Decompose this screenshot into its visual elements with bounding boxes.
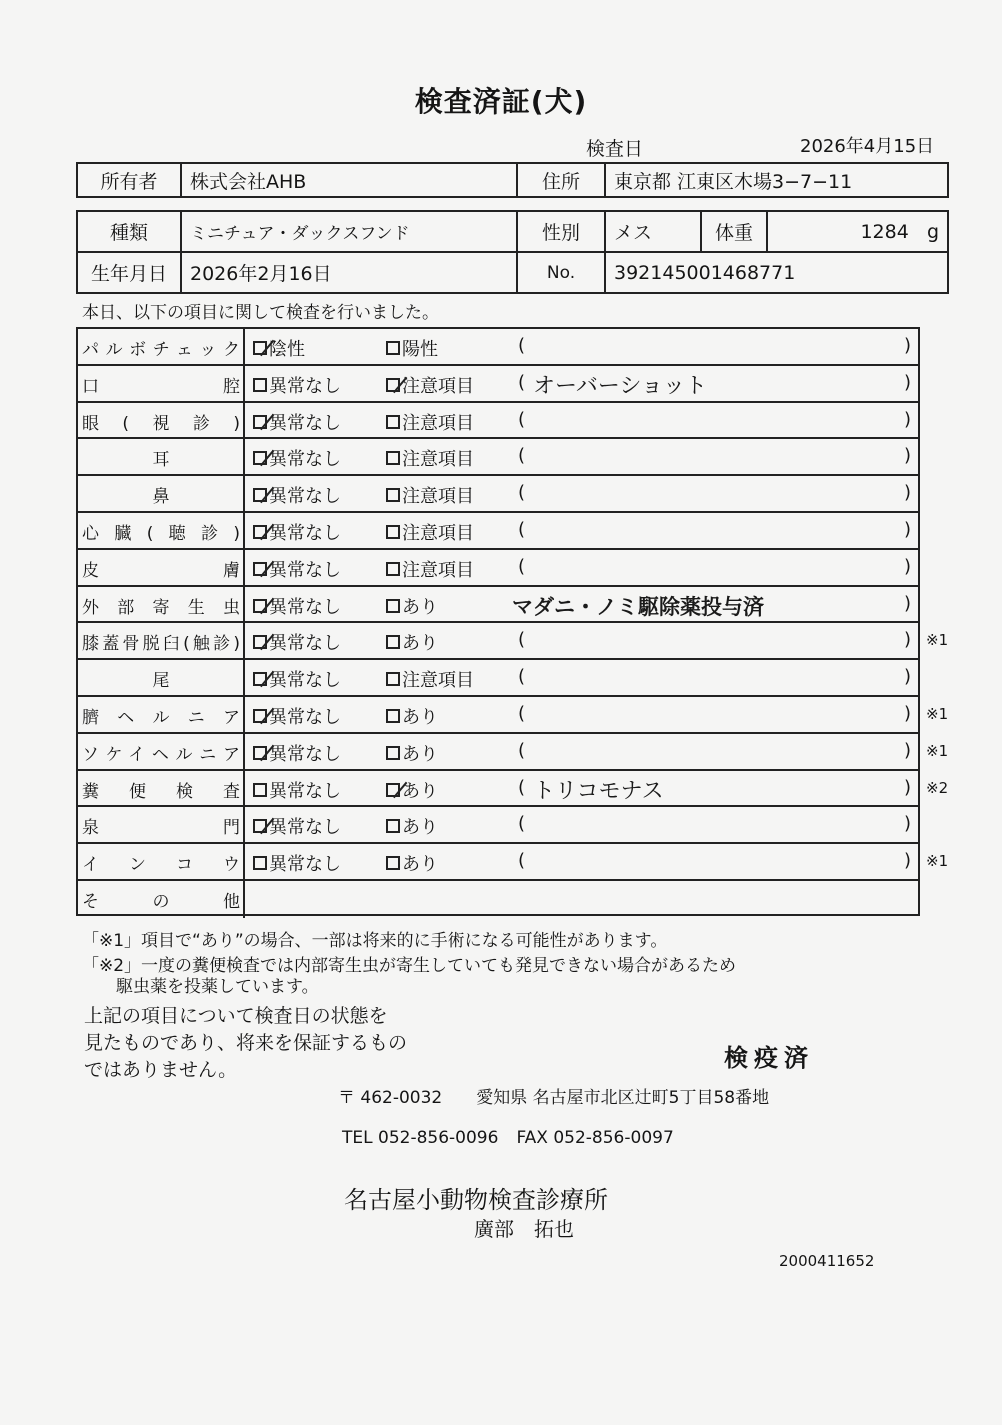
option-finding[interactable]: あり	[386, 850, 438, 876]
row-label: 尾	[82, 666, 240, 691]
paren-open: (	[518, 445, 525, 466]
paren-close: )	[904, 666, 911, 687]
column-divider	[243, 550, 245, 585]
paren-close: )	[904, 519, 911, 540]
checkbox-icon[interactable]	[253, 672, 267, 686]
paren-close: )	[904, 777, 911, 798]
quarantine-stamp: 検疫済	[724, 1038, 814, 1073]
inspection-row: 臍ヘルニア異常なしあり()	[78, 697, 918, 734]
option-label: 異常なし	[269, 482, 341, 508]
option-normal[interactable]: 陰性	[253, 335, 305, 361]
column-divider	[243, 697, 245, 732]
row-label: 泉門	[82, 813, 240, 838]
option-label: 注意項目	[402, 519, 474, 545]
owner-value: 株式会社AHB	[181, 163, 517, 197]
paren-open: (	[518, 666, 525, 687]
column-divider	[243, 366, 245, 401]
row-label: その他	[82, 887, 240, 912]
checkbox-icon[interactable]	[253, 856, 267, 870]
clinic-fax: FAX 052-856-0097	[516, 1128, 673, 1148]
sex-value: メス	[605, 211, 701, 252]
weight-cell: 1284 g	[767, 211, 948, 252]
checkbox-icon[interactable]	[253, 819, 267, 833]
column-divider	[243, 587, 245, 622]
option-finding[interactable]: あり	[386, 813, 438, 839]
column-divider	[243, 476, 245, 511]
checkbox-icon[interactable]	[386, 856, 400, 870]
row-label: 口腔	[82, 372, 240, 397]
option-label: あり	[402, 629, 438, 655]
checkbox-icon[interactable]	[253, 709, 267, 723]
paren-open: (	[518, 850, 525, 871]
checkbox-icon[interactable]	[253, 451, 267, 465]
option-normal[interactable]: 異常なし	[253, 482, 341, 508]
column-divider	[243, 329, 245, 364]
paren-close: )	[904, 556, 911, 577]
checkbox-icon[interactable]	[386, 488, 400, 502]
paren-close: )	[904, 813, 911, 834]
inspection-date-label: 検査日	[586, 134, 643, 161]
column-divider	[243, 660, 245, 695]
checkbox-icon[interactable]	[253, 341, 267, 355]
doctor-name: 廣部 拓也	[474, 1213, 574, 1242]
option-normal[interactable]: 異常なし	[253, 519, 341, 545]
footnote-mark: ※2	[926, 779, 948, 797]
option-label: 異常なし	[269, 813, 341, 839]
column-divider	[243, 734, 245, 769]
row-label: 耳	[82, 445, 240, 470]
inspection-row: 糞便検査異常なしあり()トリコモナス	[78, 771, 918, 808]
paren-open: (	[518, 777, 525, 798]
option-normal[interactable]: 異常なし	[253, 445, 341, 471]
option-label: 異常なし	[269, 593, 341, 619]
disclaimer-text: 上記の項目について検査日の状態を 見たものであり、将来を保証するもの ではありま…	[84, 1003, 407, 1084]
no-label: No.	[517, 252, 605, 293]
inspection-row: 鼻異常なし注意項目()	[78, 476, 918, 513]
option-finding[interactable]: 注意項目	[386, 666, 474, 692]
column-divider	[243, 881, 245, 918]
option-finding[interactable]: 陽性	[386, 335, 438, 361]
checkbox-icon[interactable]	[253, 525, 267, 539]
row-label: インコウ	[82, 850, 240, 875]
option-label: 異常なし	[269, 777, 341, 803]
row-label: 臍ヘルニア	[82, 703, 240, 728]
inspection-row: 心臓(聴診)異常なし注意項目()	[78, 513, 918, 550]
option-label: 異常なし	[269, 372, 341, 398]
clinic-address-line: 〒 462-0032愛知県 名古屋市北区辻町5丁目58番地	[338, 1083, 769, 1108]
option-finding[interactable]: 注意項目	[386, 372, 474, 398]
paren-open: (	[518, 629, 525, 650]
checkbox-icon[interactable]	[253, 415, 267, 429]
row-label: ソケイヘルニア	[82, 740, 240, 765]
option-finding[interactable]: あり	[386, 740, 438, 766]
inspection-row: インコウ異常なしあり()	[78, 844, 918, 881]
footnote-mark: ※1	[926, 852, 948, 870]
footnote-mark: ※1	[926, 742, 948, 760]
clinic-address: 愛知県 名古屋市北区辻町5丁目58番地	[476, 1088, 769, 1108]
finding-note: トリコモナス	[533, 774, 664, 805]
inspection-row: 泉門異常なしあり()	[78, 807, 918, 844]
breed-value: ミニチュア・ダックスフンド	[181, 211, 517, 252]
inspection-row: 耳異常なし注意項目()	[78, 439, 918, 476]
paren-close: )	[904, 703, 911, 724]
checkbox-icon[interactable]	[253, 599, 267, 613]
inspection-row: ソケイヘルニア異常なしあり()	[78, 734, 918, 771]
option-finding[interactable]: 注意項目	[386, 409, 474, 435]
row-label: 鼻	[82, 482, 240, 507]
option-normal[interactable]: 異常なし	[253, 777, 341, 803]
inspection-row: 眼(視診)異常なし注意項目()	[78, 403, 918, 440]
paren-close: )	[904, 482, 911, 503]
weight-value: 1284	[860, 221, 908, 243]
paren-open: (	[518, 335, 525, 356]
row-label: 心臓(聴診)	[82, 519, 240, 544]
option-label: 異常なし	[269, 703, 341, 729]
clinic-name: 名古屋小動物検査診療所	[344, 1180, 608, 1215]
option-normal[interactable]: 異常なし	[253, 813, 341, 839]
option-label: 異常なし	[269, 519, 341, 545]
inspection-date-value: 2026年4月15日	[800, 132, 934, 158]
option-label: 注意項目	[402, 409, 474, 435]
checkbox-icon[interactable]	[386, 341, 400, 355]
option-label: 陰性	[269, 335, 305, 361]
checkbox-icon[interactable]	[386, 599, 400, 613]
option-normal[interactable]: 異常なし	[253, 703, 341, 729]
checkbox-icon[interactable]	[386, 783, 400, 797]
animal-table: 種類 ミニチュア・ダックスフンド 性別 メス 体重 1284 g 生年月日 20…	[76, 210, 949, 294]
inspection-row: 尾異常なし注意項目()	[78, 660, 918, 697]
paren-open: (	[518, 556, 525, 577]
checkbox-icon[interactable]	[253, 635, 267, 649]
document-title: 検査済証(犬)	[0, 80, 1002, 120]
no-value: 392145001468771	[605, 252, 948, 293]
option-normal[interactable]: 異常なし	[253, 593, 341, 619]
inspection-grid: パルボチェック陰性陽性()口腔異常なし注意項目()オーバーショット眼(視診)異常…	[76, 327, 920, 916]
intro-text: 本日、以下の項目に関して検査を行いました。	[82, 298, 439, 323]
column-divider	[243, 439, 245, 474]
row-label: 眼(視診)	[82, 409, 240, 434]
footnote-mark: ※1	[926, 705, 948, 723]
column-divider	[243, 807, 245, 842]
owner-table: 所有者 株式会社AHB 住所 東京都 江東区木場3−7−11	[76, 162, 949, 198]
option-label: 異常なし	[269, 740, 341, 766]
row-label: 外部寄生虫	[82, 593, 240, 618]
finding-note: オーバーショット	[533, 369, 707, 400]
option-label: 陽性	[402, 335, 438, 361]
checkbox-icon[interactable]	[386, 451, 400, 465]
option-label: 異常なし	[269, 445, 341, 471]
paren-open: (	[518, 482, 525, 503]
row-label: パルボチェック	[82, 335, 240, 360]
option-label: 異常なし	[269, 666, 341, 692]
checkbox-icon[interactable]	[386, 819, 400, 833]
option-finding[interactable]: 注意項目	[386, 556, 474, 582]
checkbox-icon[interactable]	[253, 562, 267, 576]
serial-number: 2000411652	[779, 1252, 874, 1270]
checkbox-icon[interactable]	[253, 488, 267, 502]
checkbox-icon[interactable]	[386, 525, 400, 539]
option-label: 注意項目	[402, 666, 474, 692]
option-label: あり	[402, 777, 438, 803]
owner-label: 所有者	[77, 163, 181, 197]
paren-close: )	[904, 409, 911, 430]
paren-close: )	[904, 593, 911, 614]
birth-value: 2026年2月16日	[181, 252, 517, 293]
birth-label: 生年月日	[77, 252, 181, 293]
inspection-row: その他	[78, 881, 918, 918]
row-label: 皮膚	[82, 556, 240, 581]
checkbox-icon[interactable]	[386, 378, 400, 392]
sex-label: 性別	[517, 211, 605, 252]
inspection-row: 口腔異常なし注意項目()オーバーショット	[78, 366, 918, 403]
option-label: 異常なし	[269, 850, 341, 876]
checkbox-icon[interactable]	[253, 378, 267, 392]
paren-open: (	[518, 740, 525, 761]
row-label: 膝蓋骨脱臼(触診)	[82, 629, 240, 654]
option-normal[interactable]: 異常なし	[253, 372, 341, 398]
option-label: あり	[402, 850, 438, 876]
option-label: 異常なし	[269, 409, 341, 435]
paren-open: (	[518, 703, 525, 724]
inspection-row: 膝蓋骨脱臼(触診)異常なしあり()	[78, 623, 918, 660]
inspection-row: 外部寄生虫異常なしあり)マダニ・ノミ駆除薬投与済	[78, 587, 918, 624]
footnote-2-cont: 駆虫薬を投薬しています。	[82, 972, 319, 997]
breed-label: 種類	[77, 211, 181, 252]
column-divider	[243, 403, 245, 438]
paren-close: )	[904, 850, 911, 871]
option-label: 異常なし	[269, 629, 341, 655]
option-label: あり	[402, 813, 438, 839]
inspection-row: 皮膚異常なし注意項目()	[78, 550, 918, 587]
column-divider	[243, 513, 245, 548]
option-normal[interactable]: 異常なし	[253, 666, 341, 692]
paren-close: )	[904, 629, 911, 650]
option-label: 注意項目	[402, 556, 474, 582]
address-label: 住所	[517, 163, 605, 197]
row-label: 糞便検査	[82, 777, 240, 802]
address-value: 東京都 江東区木場3−7−11	[605, 163, 948, 197]
option-finding[interactable]: あり	[386, 629, 438, 655]
checkbox-icon[interactable]	[386, 562, 400, 576]
paren-close: )	[904, 372, 911, 393]
column-divider	[243, 623, 245, 658]
option-normal[interactable]: 異常なし	[253, 629, 341, 655]
option-label: あり	[402, 703, 438, 729]
paren-open: (	[518, 372, 525, 393]
paren-close: )	[904, 335, 911, 356]
checkbox-icon[interactable]	[386, 746, 400, 760]
option-normal[interactable]: 異常なし	[253, 409, 341, 435]
option-normal[interactable]: 異常なし	[253, 850, 341, 876]
option-finding[interactable]: 注意項目	[386, 519, 474, 545]
option-finding[interactable]: あり	[386, 703, 438, 729]
option-label: あり	[402, 593, 438, 619]
clinic-tel: TEL 052-856-0096	[342, 1128, 498, 1148]
option-label: 異常なし	[269, 556, 341, 582]
paren-close: )	[904, 740, 911, 761]
column-divider	[243, 771, 245, 806]
postal-code: 〒 462-0032	[338, 1088, 442, 1108]
weight-label: 体重	[701, 211, 767, 252]
paren-close: )	[904, 445, 911, 466]
paren-open: (	[518, 409, 525, 430]
checkbox-icon[interactable]	[386, 709, 400, 723]
paren-open: (	[518, 813, 525, 834]
checkbox-icon[interactable]	[253, 746, 267, 760]
checkbox-icon[interactable]	[386, 415, 400, 429]
option-label: あり	[402, 740, 438, 766]
checkbox-icon[interactable]	[386, 635, 400, 649]
finding-note: マダニ・ノミ駆除薬投与済	[512, 591, 764, 621]
option-label: 注意項目	[402, 372, 474, 398]
option-label: 注意項目	[402, 445, 474, 471]
footnote-mark: ※1	[926, 631, 948, 649]
option-finding[interactable]: 注意項目	[386, 445, 474, 471]
option-finding[interactable]: あり	[386, 593, 438, 619]
option-finding[interactable]: あり	[386, 777, 438, 803]
checkbox-icon[interactable]	[386, 672, 400, 686]
inspection-row: パルボチェック陰性陽性()	[78, 329, 918, 366]
checkbox-icon[interactable]	[253, 783, 267, 797]
clinic-contact-line: TEL 052-856-0096FAX 052-856-0097	[342, 1128, 674, 1148]
option-finding[interactable]: 注意項目	[386, 482, 474, 508]
paren-open: (	[518, 519, 525, 540]
option-normal[interactable]: 異常なし	[253, 556, 341, 582]
column-divider	[243, 844, 245, 879]
weight-unit: g	[927, 221, 939, 243]
option-normal[interactable]: 異常なし	[253, 740, 341, 766]
option-label: 注意項目	[402, 482, 474, 508]
footnote-1: 「※1」項目で“あり”の場合、一部は将来的に手術になる可能性があります。	[82, 926, 667, 951]
